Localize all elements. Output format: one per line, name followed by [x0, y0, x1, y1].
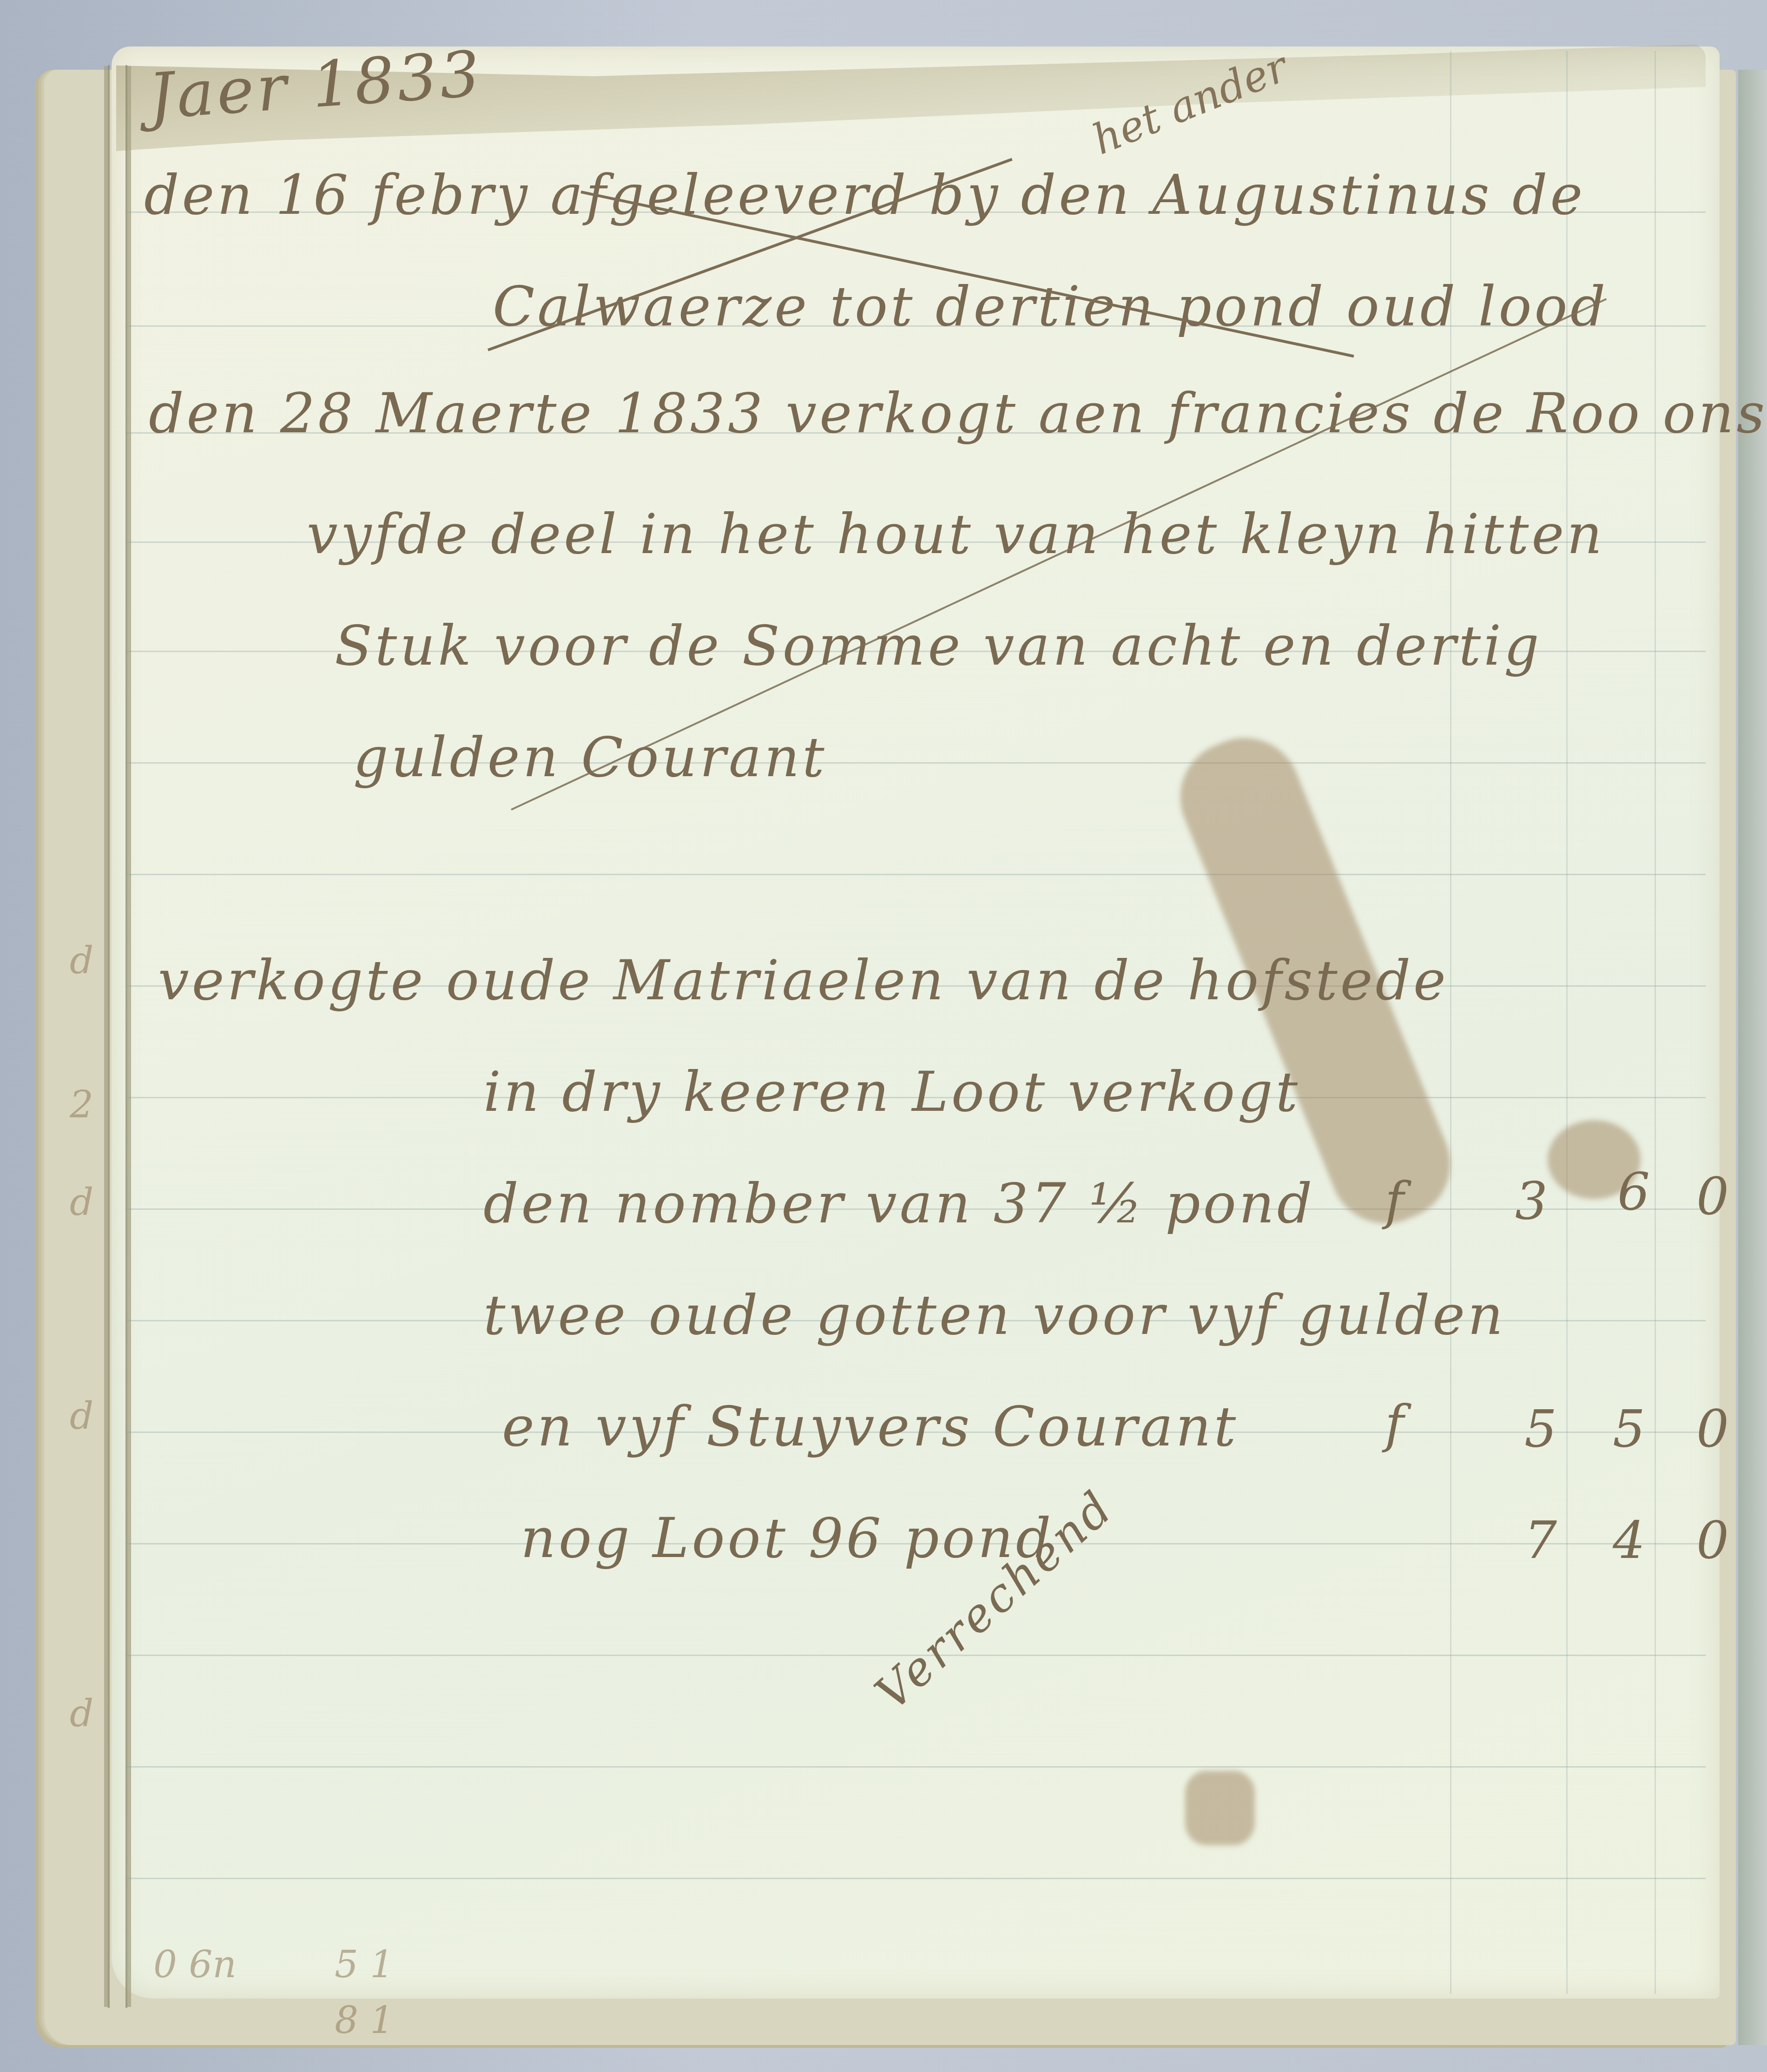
- entry-2-line-3: Stuk voor de Somme van acht en dertig: [335, 614, 1542, 678]
- sales-item-1-penningen: 0: [1696, 1167, 1729, 1226]
- margin-mark: 2: [70, 1083, 93, 1126]
- sales-item-3-currency: f: [1385, 1394, 1404, 1454]
- margin-mark: d: [70, 1394, 93, 1438]
- bottom-mark: 8 1: [335, 1999, 394, 2042]
- entry-2-line-4: gulden Courant: [353, 725, 827, 789]
- sales-subheading: in dry keeren Loot verkogt: [483, 1060, 1300, 1124]
- column-rule-stuivers: [1566, 51, 1568, 1994]
- notebook-right-edge: [1738, 70, 1767, 2045]
- sales-item-4-penningen: 0: [1696, 1511, 1729, 1570]
- sales-item-1-description: den nomber van 37 ½ pond: [483, 1171, 1315, 1235]
- entry-2-line-1: den 28 Maerte 1833 verkogt aen francies …: [149, 381, 1767, 445]
- sales-item-1-currency: f: [1385, 1171, 1404, 1231]
- sales-item-3-penningen: 0: [1696, 1399, 1729, 1458]
- sales-item-4-stuivers: 4: [1613, 1511, 1645, 1570]
- ruled-line: [125, 1766, 1706, 1768]
- sales-item-2-description: twee oude gotten voor vyf gulden: [483, 1283, 1506, 1347]
- margin-mark: d: [70, 939, 93, 982]
- entry-1-line-2: Calwaerze tot dertien pond oud lood: [493, 274, 1608, 338]
- entry-1-line-1: den 16 febry afgeleeverd by den Augustin…: [144, 163, 1585, 227]
- sales-item-4-description: nog Loot 96 pond: [521, 1506, 1054, 1570]
- sales-heading: verkogte oude Matriaelen van de hofstede: [158, 948, 1449, 1012]
- margin-mark: d: [70, 1181, 93, 1224]
- sales-item-4-guilders: 7: [1524, 1511, 1557, 1570]
- bottom-mark: 5 1: [335, 1943, 394, 1986]
- margin-mark: d: [70, 1692, 93, 1735]
- ruled-line: [125, 874, 1706, 875]
- sales-item-1-guilders: 3: [1515, 1171, 1548, 1231]
- ink-stain-small: [1185, 1771, 1255, 1845]
- sales-item-3-description: en vyf Stuyvers Courant: [502, 1394, 1239, 1458]
- entry-2-line-2: vyfde deel in het hout van het kleyn hit…: [307, 502, 1605, 566]
- column-rule-guilders: [1450, 51, 1451, 1994]
- sales-item-3-guilders: 5: [1524, 1399, 1557, 1458]
- ruled-left-border: [108, 65, 127, 2008]
- column-rule-penningen: [1655, 51, 1656, 1994]
- sales-item-3-stuivers: 5: [1613, 1399, 1645, 1458]
- bottom-mark: 0 6n: [153, 1943, 237, 1986]
- ruled-line: [125, 1878, 1706, 1879]
- sales-item-1-stuivers: 6: [1617, 1162, 1650, 1221]
